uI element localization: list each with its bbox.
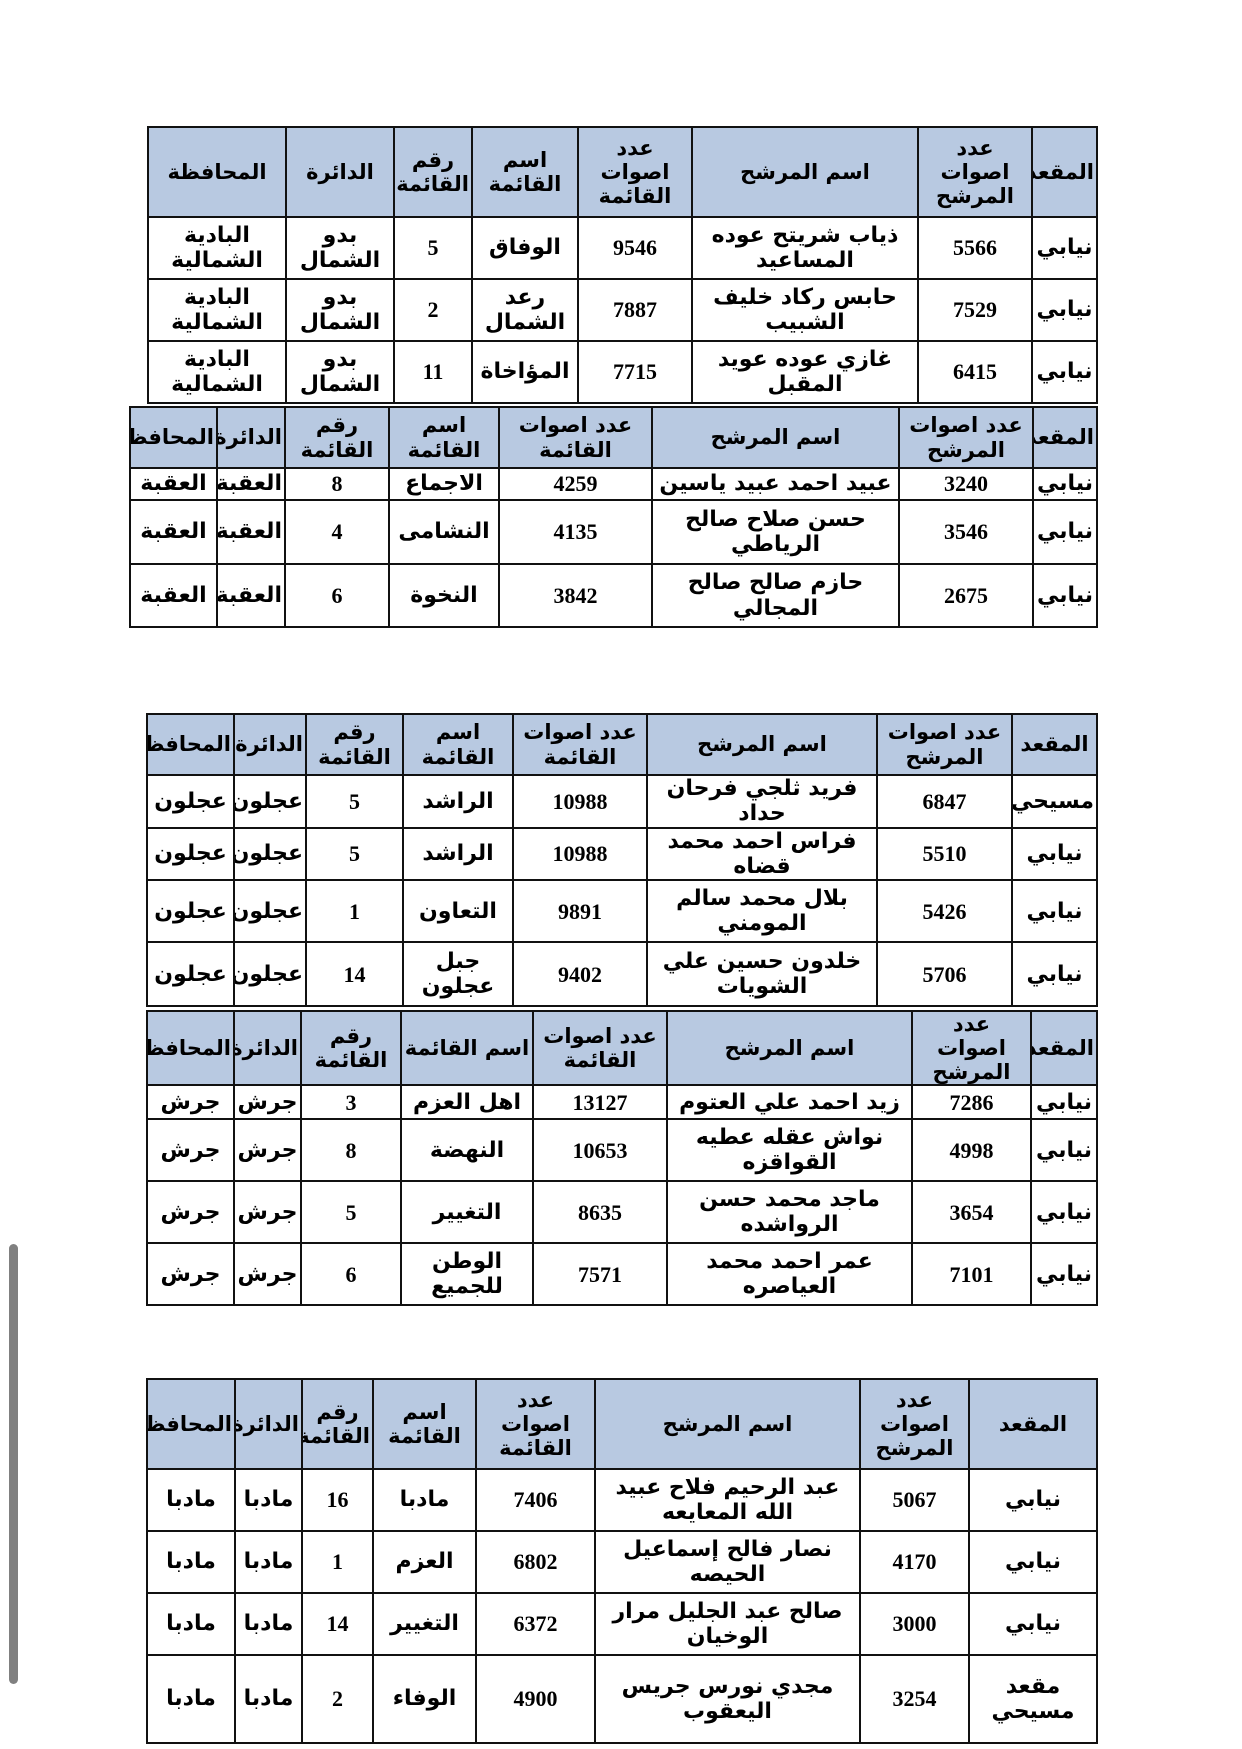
table-row: نيابي 6415 غازي عوده عويد المقبل 7715 ال… — [148, 341, 1097, 403]
list-number-cell: 8 — [301, 1119, 401, 1181]
candidate-name-cell: ذياب شريتح عوده المساعيد — [692, 217, 918, 279]
table-row: نيابي 5067 عبد الرحيم فلاح عبيد الله الم… — [147, 1469, 1097, 1531]
header-seat: المقعد — [1031, 1011, 1097, 1085]
list-number-cell: 14 — [306, 942, 403, 1006]
list-number-cell: 4 — [285, 500, 389, 564]
header-list-name: اسم القائمة — [472, 127, 578, 217]
list-name-cell: العزم — [373, 1531, 476, 1593]
governorate-cell: عجلون — [147, 880, 234, 942]
header-seat: المقعد — [1032, 127, 1097, 217]
candidate-votes-cell: 3546 — [899, 500, 1033, 564]
seat-cell: نيابي — [1012, 828, 1097, 881]
candidate-name-cell: حابس ركاد خليف الشبيب — [692, 279, 918, 341]
header-row: المقعد عدد اصوات المرشح اسم المرشح عدد ا… — [130, 407, 1097, 468]
header-candidate-name: اسم المرشح — [667, 1011, 912, 1085]
header-seat: المقعد — [1012, 714, 1097, 775]
district-cell: جرش — [234, 1119, 301, 1181]
table-row: نيابي 3546 حسن صلاح صالح الرياطي 4135 ال… — [130, 500, 1097, 564]
header-list-number: رقم القائمة — [394, 127, 472, 217]
list-name-cell: النشامى — [389, 500, 499, 564]
list-votes-cell: 9546 — [578, 217, 692, 279]
list-number-cell: 5 — [394, 217, 472, 279]
results-table-jerash: المقعد عدد اصوات المرشح اسم المرشح عدد ا… — [146, 1010, 1098, 1306]
candidate-votes-cell: 5566 — [918, 217, 1032, 279]
header-list-votes: عدد اصوات القائمة — [513, 714, 647, 775]
list-name-cell: الوفاء — [373, 1655, 476, 1743]
header-candidate-votes: عدد اصوات المرشح — [899, 407, 1033, 468]
candidate-votes-cell: 3240 — [899, 468, 1033, 500]
list-votes-cell: 6372 — [476, 1593, 595, 1655]
header-row: المقعد عدد اصوات المرشح اسم المرشح عدد ا… — [147, 1011, 1097, 1085]
list-number-cell: 2 — [394, 279, 472, 341]
results-table-ajloun: المقعد عدد اصوات المرشح اسم المرشح عدد ا… — [146, 713, 1098, 1007]
district-cell: عجلون — [234, 880, 306, 942]
list-votes-cell: 7887 — [578, 279, 692, 341]
header-row: المقعد عدد اصوات المرشح اسم المرشح عدد ا… — [147, 1379, 1097, 1469]
list-number-cell: 2 — [302, 1655, 373, 1743]
list-votes-cell: 7571 — [533, 1243, 667, 1305]
candidate-votes-cell: 3654 — [912, 1181, 1031, 1243]
vertical-scrollbar[interactable] — [9, 1244, 18, 1684]
list-name-cell: النهضة — [401, 1119, 533, 1181]
list-name-cell: الراشد — [403, 775, 513, 828]
list-votes-cell: 6802 — [476, 1531, 595, 1593]
district-cell: بدو الشمال — [286, 217, 394, 279]
seat-cell: نيابي — [1012, 880, 1097, 942]
district-cell: مادبا — [235, 1655, 302, 1743]
header-seat: المقعد — [969, 1379, 1097, 1469]
candidate-name-cell: غازي عوده عويد المقبل — [692, 341, 918, 403]
candidate-name-cell: بلال محمد سالم المومني — [647, 880, 877, 942]
header-candidate-votes: عدد اصوات المرشح — [860, 1379, 969, 1469]
candidate-name-cell: عبد الرحيم فلاح عبيد الله المعايعه — [595, 1469, 860, 1531]
governorate-cell: جرش — [147, 1243, 234, 1305]
list-name-cell: الوفاق — [472, 217, 578, 279]
candidate-name-cell: زيد احمد علي العتوم — [667, 1085, 912, 1119]
governorate-cell: مادبا — [147, 1655, 235, 1743]
seat-cell: نيابي — [1033, 564, 1097, 627]
governorate-cell: العقبة — [130, 500, 217, 564]
list-name-cell: الوطن للجميع — [401, 1243, 533, 1305]
list-name-cell: رعد الشمال — [472, 279, 578, 341]
candidate-votes-cell: 5706 — [877, 942, 1012, 1006]
table-row: نيابي 3240 عبيد احمد عبيد ياسين 4259 الا… — [130, 468, 1097, 500]
seat-cell: نيابي — [1032, 217, 1097, 279]
candidate-name-cell: فراس احمد محمد قضاه — [647, 828, 877, 881]
header-list-number: رقم القائمة — [301, 1011, 401, 1085]
district-cell: جرش — [234, 1243, 301, 1305]
seat-cell: نيابي — [1012, 942, 1097, 1006]
candidate-votes-cell: 2675 — [899, 564, 1033, 627]
list-number-cell: 8 — [285, 468, 389, 500]
list-number-cell: 14 — [302, 1593, 373, 1655]
seat-cell: مسيحي — [1012, 775, 1097, 828]
table-row: نيابي 5706 خلدون حسين علي الشويات 9402 ج… — [147, 942, 1097, 1006]
table-row: نيابي 3000 صالح عبد الجليل مرار الوخيان … — [147, 1593, 1097, 1655]
governorate-cell: العقبة — [130, 468, 217, 500]
header-governorate: المحافظة — [147, 1379, 235, 1469]
district-cell: جرش — [234, 1085, 301, 1119]
header-governorate: المحافظة — [147, 714, 234, 775]
seat-cell: نيابي — [1033, 500, 1097, 564]
header-list-votes: عدد اصوات القائمة — [533, 1011, 667, 1085]
district-cell: بدو الشمال — [286, 341, 394, 403]
list-votes-cell: 10988 — [513, 828, 647, 881]
seat-cell: نيابي — [1031, 1181, 1097, 1243]
header-candidate-votes: عدد اصوات المرشح — [877, 714, 1012, 775]
list-name-cell: جبل عجلون — [403, 942, 513, 1006]
list-number-cell: 5 — [301, 1181, 401, 1243]
table-row: نيابي 7101 عمر احمد محمد العياصره 7571 ا… — [147, 1243, 1097, 1305]
candidate-name-cell: ماجد محمد حسن الرواشده — [667, 1181, 912, 1243]
list-name-cell: مادبا — [373, 1469, 476, 1531]
header-list-name: اسم القائمة — [373, 1379, 476, 1469]
list-number-cell: 5 — [306, 828, 403, 881]
candidate-votes-cell: 6415 — [918, 341, 1032, 403]
header-candidate-name: اسم المرشح — [595, 1379, 860, 1469]
list-votes-cell: 4259 — [499, 468, 652, 500]
candidate-votes-cell: 5510 — [877, 828, 1012, 881]
header-list-name: اسم القائمة — [403, 714, 513, 775]
table-row: نيابي 5510 فراس احمد محمد قضاه 10988 الر… — [147, 828, 1097, 881]
header-list-votes: عدد اصوات القائمة — [499, 407, 652, 468]
governorate-cell: البادية الشمالية — [148, 217, 286, 279]
header-governorate: المحافظة — [147, 1011, 234, 1085]
header-list-number: رقم القائمة — [306, 714, 403, 775]
candidate-name-cell: حازم صالح صالح المجالي — [652, 564, 899, 627]
governorate-cell: مادبا — [147, 1469, 235, 1531]
header-list-name: اسم القائمة — [389, 407, 499, 468]
list-number-cell: 16 — [302, 1469, 373, 1531]
district-cell: مادبا — [235, 1531, 302, 1593]
candidate-name-cell: حسن صلاح صالح الرياطي — [652, 500, 899, 564]
governorate-cell: البادية الشمالية — [148, 279, 286, 341]
list-name-cell: المؤاخاة — [472, 341, 578, 403]
candidate-name-cell: نواش عقله عطيه القواقزه — [667, 1119, 912, 1181]
governorate-cell: البادية الشمالية — [148, 341, 286, 403]
header-list-name: اسم القائمة — [401, 1011, 533, 1085]
header-candidate-votes: عدد اصوات المرشح — [918, 127, 1032, 217]
table-row: نيابي 7286 زيد احمد علي العتوم 13127 اهل… — [147, 1085, 1097, 1119]
list-number-cell: 1 — [302, 1531, 373, 1593]
district-cell: العقبة — [217, 564, 285, 627]
list-name-cell: الراشد — [403, 828, 513, 881]
list-votes-cell: 10988 — [513, 775, 647, 828]
table-row: نيابي 3654 ماجد محمد حسن الرواشده 8635 ا… — [147, 1181, 1097, 1243]
candidate-name-cell: فريد ثلجي فرحان حداد — [647, 775, 877, 828]
header-district: الدائرة — [234, 714, 306, 775]
candidate-votes-cell: 7529 — [918, 279, 1032, 341]
table-row: مقعد مسيحي 3254 مجدي نورس جريس اليعقوب 4… — [147, 1655, 1097, 1743]
seat-cell: نيابي — [969, 1593, 1097, 1655]
list-name-cell: الاجماع — [389, 468, 499, 500]
governorate-cell: عجلون — [147, 942, 234, 1006]
header-list-votes: عدد اصوات القائمة — [578, 127, 692, 217]
list-number-cell: 11 — [394, 341, 472, 403]
list-name-cell: اهل العزم — [401, 1085, 533, 1119]
list-votes-cell: 7715 — [578, 341, 692, 403]
governorate-cell: جرش — [147, 1181, 234, 1243]
list-votes-cell: 9891 — [513, 880, 647, 942]
governorate-cell: عجلون — [147, 775, 234, 828]
district-cell: العقبة — [217, 500, 285, 564]
results-table-badia-north: المقعد عدد اصوات المرشح اسم المرشح عدد ا… — [147, 126, 1098, 404]
candidate-votes-cell: 7286 — [912, 1085, 1031, 1119]
candidate-votes-cell: 4998 — [912, 1119, 1031, 1181]
header-row: المقعد عدد اصوات المرشح اسم المرشح عدد ا… — [147, 714, 1097, 775]
district-cell: العقبة — [217, 468, 285, 500]
governorate-cell: العقبة — [130, 564, 217, 627]
list-votes-cell: 10653 — [533, 1119, 667, 1181]
candidate-votes-cell: 4170 — [860, 1531, 969, 1593]
table-row: مسيحي 6847 فريد ثلجي فرحان حداد 10988 ال… — [147, 775, 1097, 828]
district-cell: عجلون — [234, 775, 306, 828]
district-cell: مادبا — [235, 1469, 302, 1531]
seat-cell: نيابي — [1033, 468, 1097, 500]
header-candidate-votes: عدد اصوات المرشح — [912, 1011, 1031, 1085]
header-candidate-name: اسم المرشح — [652, 407, 899, 468]
seat-cell: نيابي — [969, 1469, 1097, 1531]
list-number-cell: 3 — [301, 1085, 401, 1119]
header-governorate: المحافظة — [148, 127, 286, 217]
candidate-votes-cell: 3254 — [860, 1655, 969, 1743]
governorate-cell: عجلون — [147, 828, 234, 881]
candidate-name-cell: نصار فالح إسماعيل الحيصه — [595, 1531, 860, 1593]
candidate-votes-cell: 5067 — [860, 1469, 969, 1531]
seat-cell: نيابي — [1031, 1243, 1097, 1305]
table-row: نيابي 7529 حابس ركاد خليف الشبيب 7887 رع… — [148, 279, 1097, 341]
header-governorate: المحافظة — [130, 407, 217, 468]
seat-cell: نيابي — [1031, 1119, 1097, 1181]
list-votes-cell: 4900 — [476, 1655, 595, 1743]
district-cell: مادبا — [235, 1593, 302, 1655]
header-list-votes: عدد اصوات القائمة — [476, 1379, 595, 1469]
list-votes-cell: 7406 — [476, 1469, 595, 1531]
governorate-cell: جرش — [147, 1085, 234, 1119]
list-name-cell: التغيير — [401, 1181, 533, 1243]
list-number-cell: 6 — [301, 1243, 401, 1305]
table-row: نيابي 4170 نصار فالح إسماعيل الحيصه 6802… — [147, 1531, 1097, 1593]
candidate-name-cell: عمر احمد محمد العياصره — [667, 1243, 912, 1305]
list-name-cell: النخوة — [389, 564, 499, 627]
candidate-name-cell: عبيد احمد عبيد ياسين — [652, 468, 899, 500]
candidate-name-cell: صالح عبد الجليل مرار الوخيان — [595, 1593, 860, 1655]
header-list-number: رقم القائمة — [302, 1379, 373, 1469]
header-list-number: رقم القائمة — [285, 407, 389, 468]
results-table-madaba: المقعد عدد اصوات المرشح اسم المرشح عدد ا… — [146, 1378, 1098, 1744]
table-row: نيابي 5426 بلال محمد سالم المومني 9891 ا… — [147, 880, 1097, 942]
district-cell: عجلون — [234, 828, 306, 881]
governorate-cell: جرش — [147, 1119, 234, 1181]
seat-cell: نيابي — [969, 1531, 1097, 1593]
list-votes-cell: 4135 — [499, 500, 652, 564]
seat-cell: مقعد مسيحي — [969, 1655, 1097, 1743]
results-table-aqaba: المقعد عدد اصوات المرشح اسم المرشح عدد ا… — [129, 406, 1098, 628]
header-district: الدائرة — [217, 407, 285, 468]
seat-cell: نيابي — [1032, 341, 1097, 403]
header-district: الدائرة — [235, 1379, 302, 1469]
list-number-cell: 1 — [306, 880, 403, 942]
governorate-cell: مادبا — [147, 1593, 235, 1655]
list-votes-cell: 8635 — [533, 1181, 667, 1243]
list-number-cell: 6 — [285, 564, 389, 627]
header-candidate-name: اسم المرشح — [647, 714, 877, 775]
list-name-cell: التعاون — [403, 880, 513, 942]
header-candidate-name: اسم المرشح — [692, 127, 918, 217]
list-votes-cell: 9402 — [513, 942, 647, 1006]
header-seat: المقعد — [1033, 407, 1097, 468]
governorate-cell: مادبا — [147, 1531, 235, 1593]
list-name-cell: التغيير — [373, 1593, 476, 1655]
seat-cell: نيابي — [1032, 279, 1097, 341]
candidate-votes-cell: 7101 — [912, 1243, 1031, 1305]
seat-cell: نيابي — [1031, 1085, 1097, 1119]
candidate-name-cell: خلدون حسين علي الشويات — [647, 942, 877, 1006]
candidate-votes-cell: 5426 — [877, 880, 1012, 942]
district-cell: جرش — [234, 1181, 301, 1243]
district-cell: عجلون — [234, 942, 306, 1006]
district-cell: بدو الشمال — [286, 279, 394, 341]
candidate-name-cell: مجدي نورس جريس اليعقوب — [595, 1655, 860, 1743]
header-district: الدائرة — [234, 1011, 301, 1085]
candidate-votes-cell: 6847 — [877, 775, 1012, 828]
table-row: نيابي 5566 ذياب شريتح عوده المساعيد 9546… — [148, 217, 1097, 279]
header-district: الدائرة — [286, 127, 394, 217]
list-number-cell: 5 — [306, 775, 403, 828]
header-row: المقعد عدد اصوات المرشح اسم المرشح عدد ا… — [148, 127, 1097, 217]
list-votes-cell: 13127 — [533, 1085, 667, 1119]
table-row: نيابي 2675 حازم صالح صالح المجالي 3842 ا… — [130, 564, 1097, 627]
table-row: نيابي 4998 نواش عقله عطيه القواقزه 10653… — [147, 1119, 1097, 1181]
candidate-votes-cell: 3000 — [860, 1593, 969, 1655]
list-votes-cell: 3842 — [499, 564, 652, 627]
